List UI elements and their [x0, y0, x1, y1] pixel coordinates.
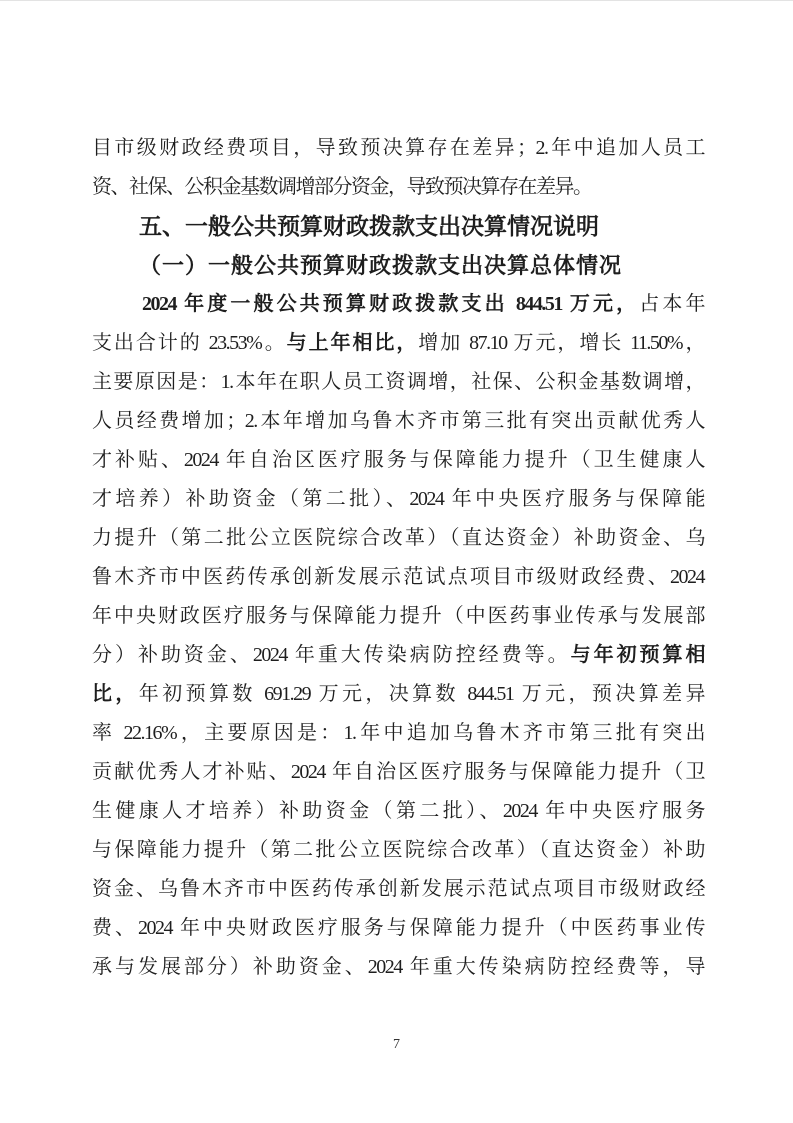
body-line-06: 支出合计的 23.53%。与上年相比，增加 87.10 万元，增长 11.50%… — [92, 324, 704, 363]
subsection-heading-text: （一）一般公共预算财政拨款支出决算总体情况 — [139, 253, 622, 278]
body-line-10: 才培养）补助资金（第二批）、2024 年中央医疗服务与保障能 — [92, 480, 704, 519]
text-segment: 才补贴、2024 年自治区医疗服务与保障能力提升（卫生健康人 — [92, 449, 704, 471]
body-line-13: 年中央财政医疗服务与保障能力提升（中医药事业传承与发展部 — [92, 597, 704, 636]
body-line-01: 目市级财政经费项目，导致预决算存在差异；2.年中追加人员工 — [92, 129, 704, 168]
text-segment-bold: 比， — [92, 683, 139, 705]
subsection-heading: （一）一般公共预算财政拨款支出决算总体情况 — [92, 246, 704, 285]
text-segment: 占本年 — [639, 293, 704, 315]
text-segment: 贡献优秀人才补贴、2024 年自治区医疗服务与保障能力提升（卫 — [92, 761, 704, 783]
body-line-17: 贡献优秀人才补贴、2024 年自治区医疗服务与保障能力提升（卫 — [92, 753, 704, 792]
body-line-16: 率 22.16%，主要原因是：1.年中追加乌鲁木齐市第三批有突出 — [92, 714, 704, 753]
text-segment: 目市级财政经费项目，导致预决算存在差异；2.年中追加人员工 — [92, 137, 704, 159]
text-segment: 分）补助资金、2024 年重大传染病防控经费等。 — [92, 644, 571, 666]
text-segment-bold: 与上年相比， — [287, 332, 419, 354]
body-line-12: 鲁木齐市中医药传承创新发展示范试点项目市级财政经费、2024 — [92, 558, 704, 597]
text-segment: 承与发展部分）补助资金、2024 年重大传染病防控经费等，导 — [92, 956, 704, 978]
text-block: 目市级财政经费项目，导致预决算存在差异；2.年中追加人员工 资、社保、公积金基数… — [92, 129, 704, 987]
body-line-18: 生健康人才培养）补助资金（第二批）、2024 年中央医疗服务 — [92, 792, 704, 831]
text-segment-bold: 与年初预算相 — [571, 644, 704, 666]
page-footer: 7 — [0, 1037, 793, 1053]
body-line-09: 才补贴、2024 年自治区医疗服务与保障能力提升（卫生健康人 — [92, 441, 704, 480]
text-segment: 增加 87.10 万元，增长 11.50%， — [418, 332, 704, 354]
body-line-19: 与保障能力提升（第二批公立医院综合改革）（直达资金）补助 — [92, 831, 704, 870]
text-segment: 与保障能力提升（第二批公立医院综合改革）（直达资金）补助 — [92, 839, 704, 861]
text-segment: 年中央财政医疗服务与保障能力提升（中医药事业传承与发展部 — [92, 605, 704, 627]
text-segment: 人员经费增加；2.本年增加乌鲁木齐市第三批有突出贡献优秀人 — [92, 410, 704, 432]
body-line-22: 承与发展部分）补助资金、2024 年重大传染病防控经费等，导 — [92, 948, 704, 987]
document-page: 目市级财政经费项目，导致预决算存在差异；2.年中追加人员工 资、社保、公积金基数… — [0, 0, 793, 1123]
body-line-02: 资、社保、公积金基数调增部分资金，导致预决算存在差异。 — [92, 168, 704, 207]
text-segment-bold: 2024 年度一般公共预算财政拨款支出 844.51 万元， — [142, 293, 639, 315]
section-heading-text: 五、一般公共预算财政拨款支出决算情况说明 — [139, 213, 599, 239]
body-line-05: 2024 年度一般公共预算财政拨款支出 844.51 万元，占本年 — [92, 285, 704, 324]
text-segment: 资金、乌鲁木齐市中医药传承创新发展示范试点项目市级财政经 — [92, 878, 704, 900]
body-line-08: 人员经费增加；2.本年增加乌鲁木齐市第三批有突出贡献优秀人 — [92, 402, 704, 441]
section-heading: 五、一般公共预算财政拨款支出决算情况说明 — [92, 207, 704, 246]
text-segment: 年初预算数 691.29 万元，决算数 844.51 万元，预决算差异 — [139, 683, 704, 705]
body-line-20: 资金、乌鲁木齐市中医药传承创新发展示范试点项目市级财政经 — [92, 870, 704, 909]
page-number: 7 — [393, 1037, 400, 1052]
text-segment: 支出合计的 23.53%。 — [92, 332, 287, 354]
body-line-21: 费、2024 年中央财政医疗服务与保障能力提升（中医药事业传 — [92, 909, 704, 948]
text-segment: 生健康人才培养）补助资金（第二批）、2024 年中央医疗服务 — [92, 800, 704, 822]
text-segment: 主要原因是：1.本年在职人员工资调增，社保、公积金基数调增， — [92, 371, 704, 393]
text-segment: 费、2024 年中央财政医疗服务与保障能力提升（中医药事业传 — [92, 917, 704, 939]
text-segment: 力提升（第二批公立医院综合改革）（直达资金）补助资金、乌 — [92, 527, 704, 549]
body-line-15: 比，年初预算数 691.29 万元，决算数 844.51 万元，预决算差异 — [92, 675, 704, 714]
text-segment: 资、社保、公积金基数调增部分资金，导致预决算存在差异。 — [92, 176, 592, 198]
text-segment: 才培养）补助资金（第二批）、2024 年中央医疗服务与保障能 — [92, 488, 704, 510]
text-segment: 率 22.16%，主要原因是：1.年中追加乌鲁木齐市第三批有突出 — [92, 722, 704, 744]
body-line-11: 力提升（第二批公立医院综合改革）（直达资金）补助资金、乌 — [92, 519, 704, 558]
body-line-07: 主要原因是：1.本年在职人员工资调增，社保、公积金基数调增， — [92, 363, 704, 402]
text-segment: 鲁木齐市中医药传承创新发展示范试点项目市级财政经费、2024 — [92, 566, 704, 588]
body-line-14: 分）补助资金、2024 年重大传染病防控经费等。与年初预算相 — [92, 636, 704, 675]
